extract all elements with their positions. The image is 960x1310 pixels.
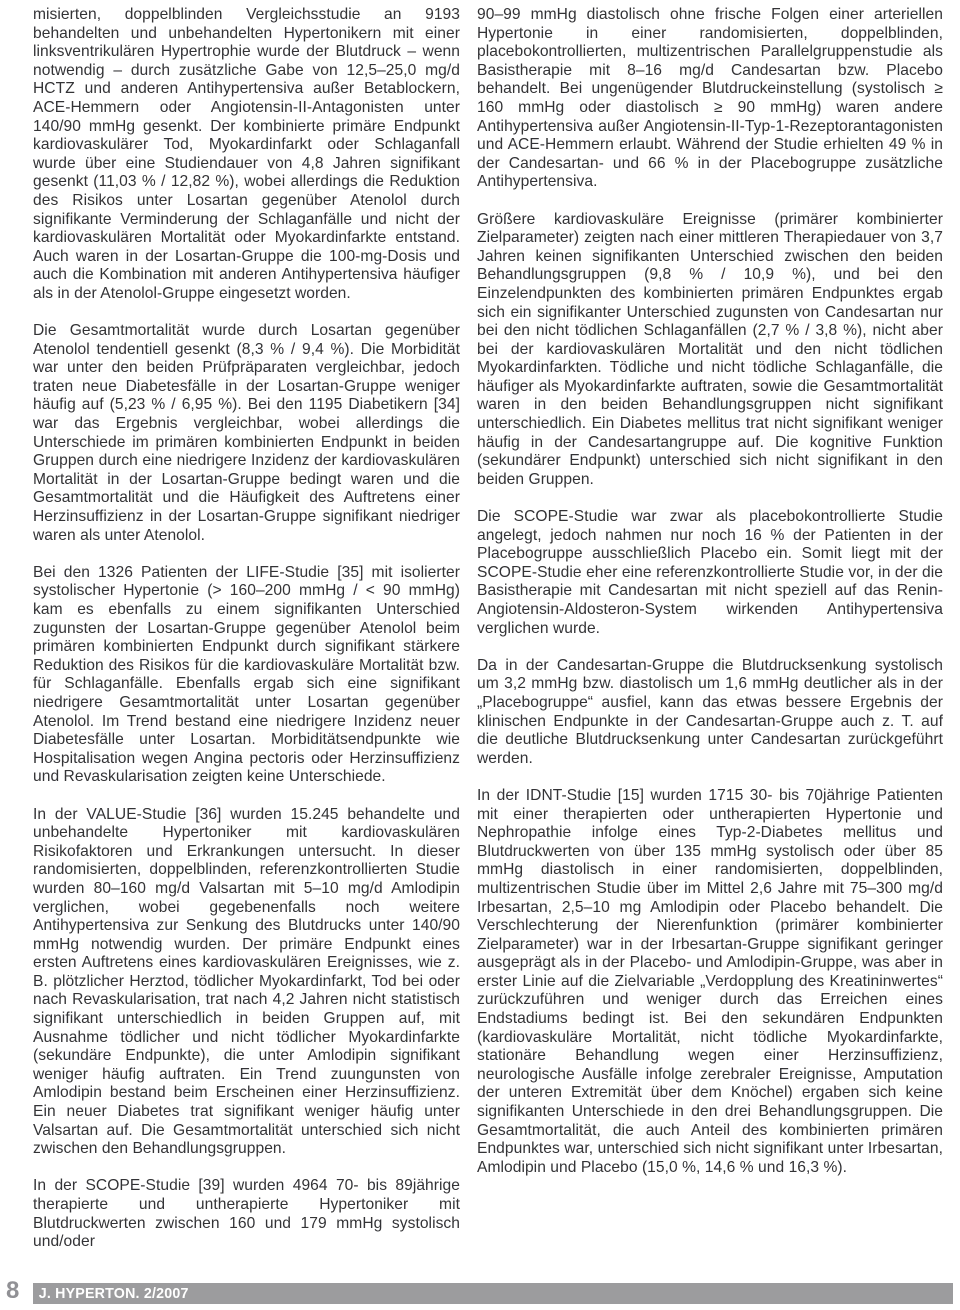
paragraph-value-study: In der VALUE-Studie [36] wurden 15.245 b… <box>33 806 460 1159</box>
paragraph-scope-study-design: 90–99 mmHg diastolisch ohne frische Folg… <box>477 6 943 192</box>
paragraph-life-mortality: Die Gesamtmortalität wurde durch Losarta… <box>33 322 460 545</box>
paragraph-life-isolated-systolic: Bei den 1326 Patienten der LIFE-Studie [… <box>33 564 460 787</box>
paragraph-idnt-study: In der IDNT-Studie [15] wurden 1715 30- … <box>477 787 943 1177</box>
paragraph-scope-placebo-note: Die SCOPE-Studie war zwar als placebokon… <box>477 508 943 638</box>
journal-footer-bar: J. HYPERTON. 2/2007 <box>33 1283 953 1304</box>
journal-issue-label: J. HYPERTON. 2/2007 <box>33 1283 189 1304</box>
paragraph-scope-study-intro: In der SCOPE-Studie [39] wurden 4964 70-… <box>33 1177 460 1251</box>
two-column-text-block: misierten, doppelblinden Vergleichsstudi… <box>33 6 943 1278</box>
paragraph-scope-endpoints: Größere kardiovaskuläre Ereignisse (prim… <box>477 211 943 490</box>
journal-article-page: misierten, doppelblinden Vergleichsstudi… <box>0 0 960 1310</box>
right-column: 90–99 mmHg diastolisch ohne frische Folg… <box>477 6 943 1278</box>
left-column: misierten, doppelblinden Vergleichsstudi… <box>33 6 460 1278</box>
paragraph-life-study-continued: misierten, doppelblinden Vergleichsstudi… <box>33 6 460 304</box>
page-number: 8 <box>6 1279 19 1303</box>
paragraph-candesartan-bp: Da in der Candesartan-Gruppe die Blutdru… <box>477 657 943 769</box>
